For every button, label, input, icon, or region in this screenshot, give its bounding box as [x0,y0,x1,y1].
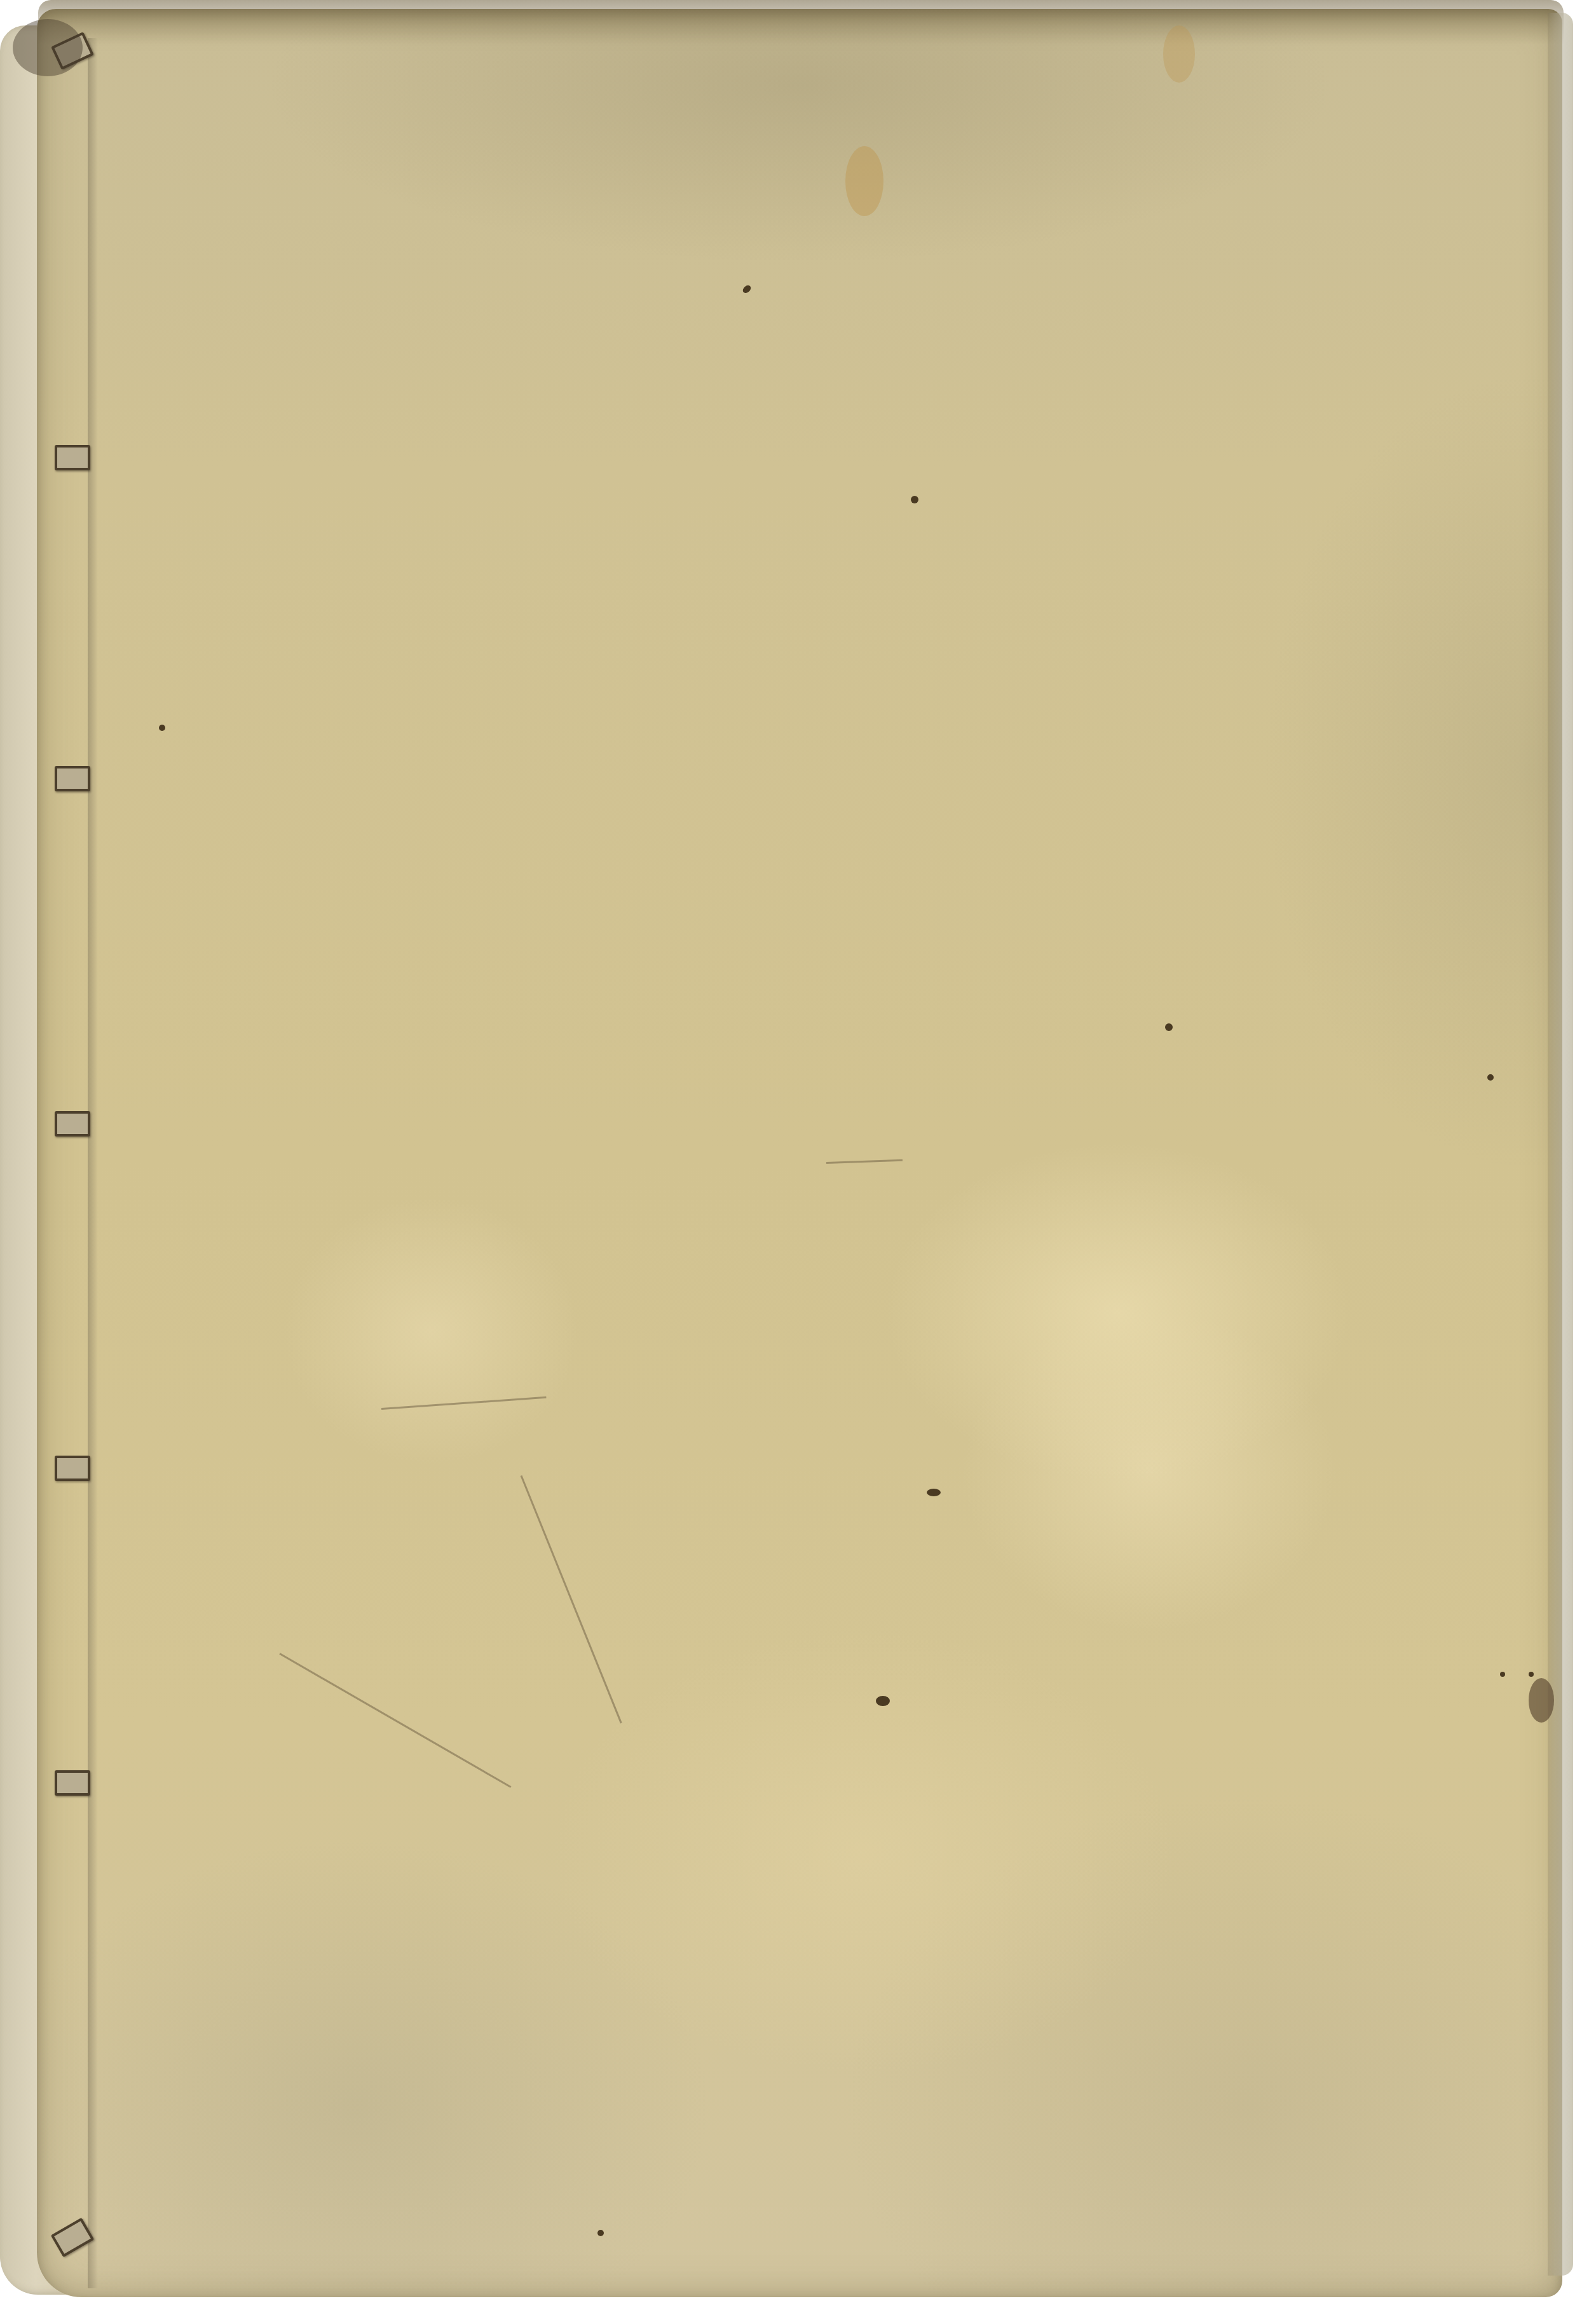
spine-tie-2 [55,445,90,470]
ink-spot [1487,1074,1494,1081]
spine-tie-6 [55,1770,90,1796]
water-stain [1163,25,1195,83]
corner-wear [13,19,83,76]
ink-spot [159,725,165,731]
ink-spot [927,1489,941,1496]
vellum-cover [37,9,1562,2297]
spine-tie-4 [55,1111,90,1137]
ink-spot [876,1696,890,1706]
edge-stain [1529,1678,1554,1723]
fore-edge-turn-in [1548,13,1573,2276]
ink-spot [1529,1672,1534,1677]
ink-spot [1165,1023,1173,1031]
ink-spot [1500,1672,1505,1677]
spine-tie-5 [55,1456,90,1481]
spine-tie-3 [55,766,90,791]
cover-hinge [88,38,98,2288]
ink-spot [597,2230,604,2236]
ink-spot [911,496,918,503]
top-edge-soiling [38,0,1564,44]
water-stain [845,146,883,216]
